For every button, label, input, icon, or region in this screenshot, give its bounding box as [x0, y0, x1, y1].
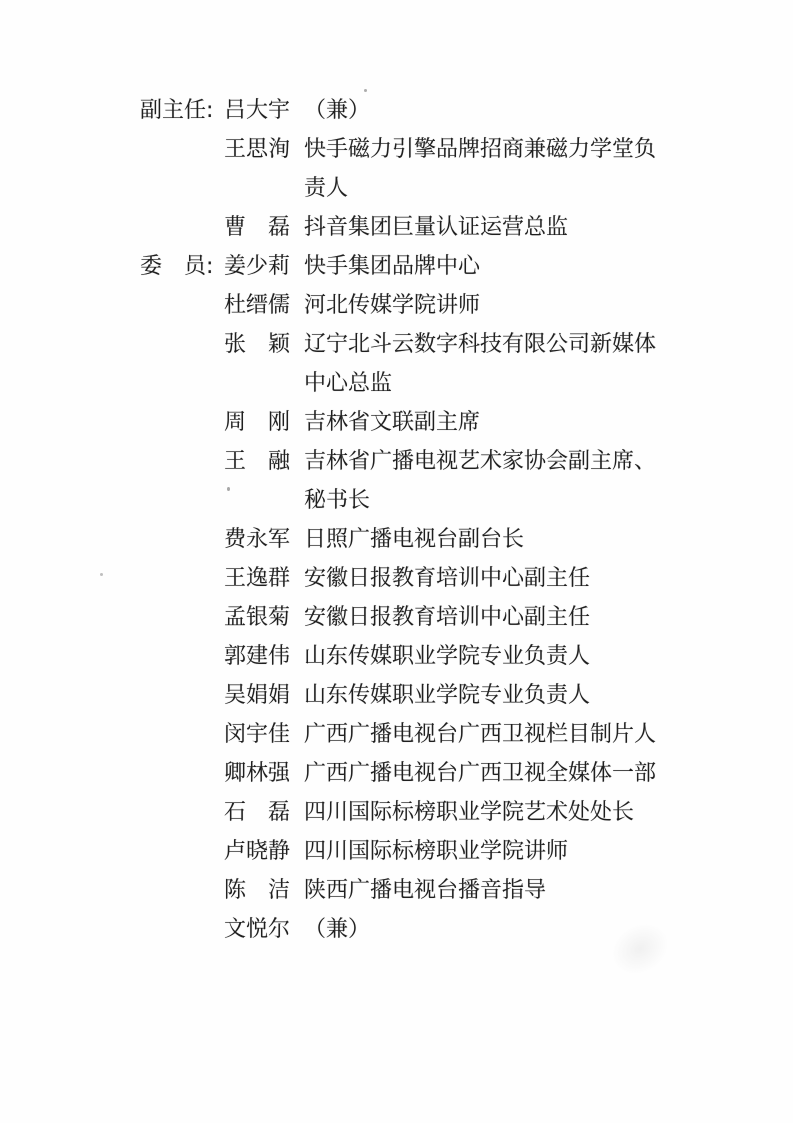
member-title: 陕西广播电视台播音指导	[304, 871, 660, 910]
roster-row: 张 颖辽宁北斗云数字科技有限公司新媒体中心总监	[140, 325, 667, 403]
member-title: 广西广播电视台广西卫视栏目制片人	[304, 715, 660, 754]
member-name: 张 颖	[224, 325, 298, 364]
roster-row: 郭建伟山东传媒职业学院专业负责人	[140, 637, 667, 676]
member-title: 吉林省文联副主席	[304, 403, 660, 442]
roster-row: 杜缙儒河北传媒学院讲师	[140, 286, 667, 325]
roster-row: 文悦尔（兼）	[140, 910, 667, 949]
roster-row: 费永军日照广播电视台副台长	[140, 520, 667, 559]
member-title: 安徽日报教育培训中心副主任	[304, 559, 660, 598]
member-name: 石 磊	[224, 793, 298, 832]
member-name: 姜少莉	[224, 247, 298, 286]
roster-row: 曹 磊抖音集团巨量认证运营总监	[140, 208, 667, 247]
member-title: 河北传媒学院讲师	[304, 286, 660, 325]
section-label: 委 员:	[140, 247, 224, 286]
scan-speck	[100, 573, 103, 576]
roster-row: 陈 洁陕西广播电视台播音指导	[140, 871, 667, 910]
member-title: 广西广播电视台广西卫视全媒体一部	[304, 754, 660, 793]
member-name: 郭建伟	[224, 637, 298, 676]
member-title: 日照广播电视台副台长	[304, 520, 660, 559]
roster-row: 吴娟娟山东传媒职业学院专业负责人	[140, 676, 667, 715]
roster-row: 卿林强广西广播电视台广西卫视全媒体一部	[140, 754, 667, 793]
section-label: 副主任:	[140, 91, 224, 130]
member-name: 孟银菊	[224, 598, 298, 637]
member-name: 卢晓静	[224, 832, 298, 871]
member-name: 吴娟娟	[224, 676, 298, 715]
roster-row: 副主任:吕大宇（兼）	[140, 91, 667, 130]
roster-row: 王 融吉林省广播电视艺术家协会副主席、秘书长	[140, 442, 667, 520]
roster-row: 孟银菊安徽日报教育培训中心副主任	[140, 598, 667, 637]
member-name: 周 刚	[224, 403, 298, 442]
scan-speck	[364, 89, 367, 92]
scan-speck	[227, 487, 230, 491]
member-name: 吕大宇	[224, 91, 298, 130]
roster-row: 王逸群安徽日报教育培训中心副主任	[140, 559, 667, 598]
member-title: 山东传媒职业学院专业负责人	[304, 637, 660, 676]
member-title: 快手磁力引擎品牌招商兼磁力学堂负责人	[304, 130, 660, 208]
member-name: 王思洵	[224, 130, 298, 169]
member-title: 抖音集团巨量认证运营总监	[304, 208, 660, 247]
roster-row: 卢晓静四川国际标榜职业学院讲师	[140, 832, 667, 871]
member-name: 文悦尔	[224, 910, 298, 949]
member-name: 王 融	[224, 442, 298, 481]
member-name: 卿林强	[224, 754, 298, 793]
member-name: 闵宇佳	[224, 715, 298, 754]
member-title: 山东传媒职业学院专业负责人	[304, 676, 660, 715]
member-title: 快手集团品牌中心	[304, 247, 660, 286]
member-title: （兼）	[304, 91, 660, 130]
roster-row: 石 磊四川国际标榜职业学院艺术处处长	[140, 793, 667, 832]
member-title: 吉林省广播电视艺术家协会副主席、秘书长	[304, 442, 660, 520]
member-title: 四川国际标榜职业学院讲师	[304, 832, 660, 871]
member-name: 陈 洁	[224, 871, 298, 910]
member-name: 杜缙儒	[224, 286, 298, 325]
roster-row: 王思洵快手磁力引擎品牌招商兼磁力学堂负责人	[140, 130, 667, 208]
member-title: 安徽日报教育培训中心副主任	[304, 598, 660, 637]
roster: 副主任:吕大宇（兼）王思洵快手磁力引擎品牌招商兼磁力学堂负责人曹 磊抖音集团巨量…	[140, 91, 667, 949]
member-name: 王逸群	[224, 559, 298, 598]
roster-row: 周 刚吉林省文联副主席	[140, 403, 667, 442]
scanned-document-page: 副主任:吕大宇（兼）王思洵快手磁力引擎品牌招商兼磁力学堂负责人曹 磊抖音集团巨量…	[0, 0, 793, 1123]
member-title: 四川国际标榜职业学院艺术处处长	[304, 793, 660, 832]
member-title: 辽宁北斗云数字科技有限公司新媒体中心总监	[304, 325, 660, 403]
roster-row: 委 员:姜少莉快手集团品牌中心	[140, 247, 667, 286]
member-name: 费永军	[224, 520, 298, 559]
member-name: 曹 磊	[224, 208, 298, 247]
roster-row: 闵宇佳广西广播电视台广西卫视栏目制片人	[140, 715, 667, 754]
